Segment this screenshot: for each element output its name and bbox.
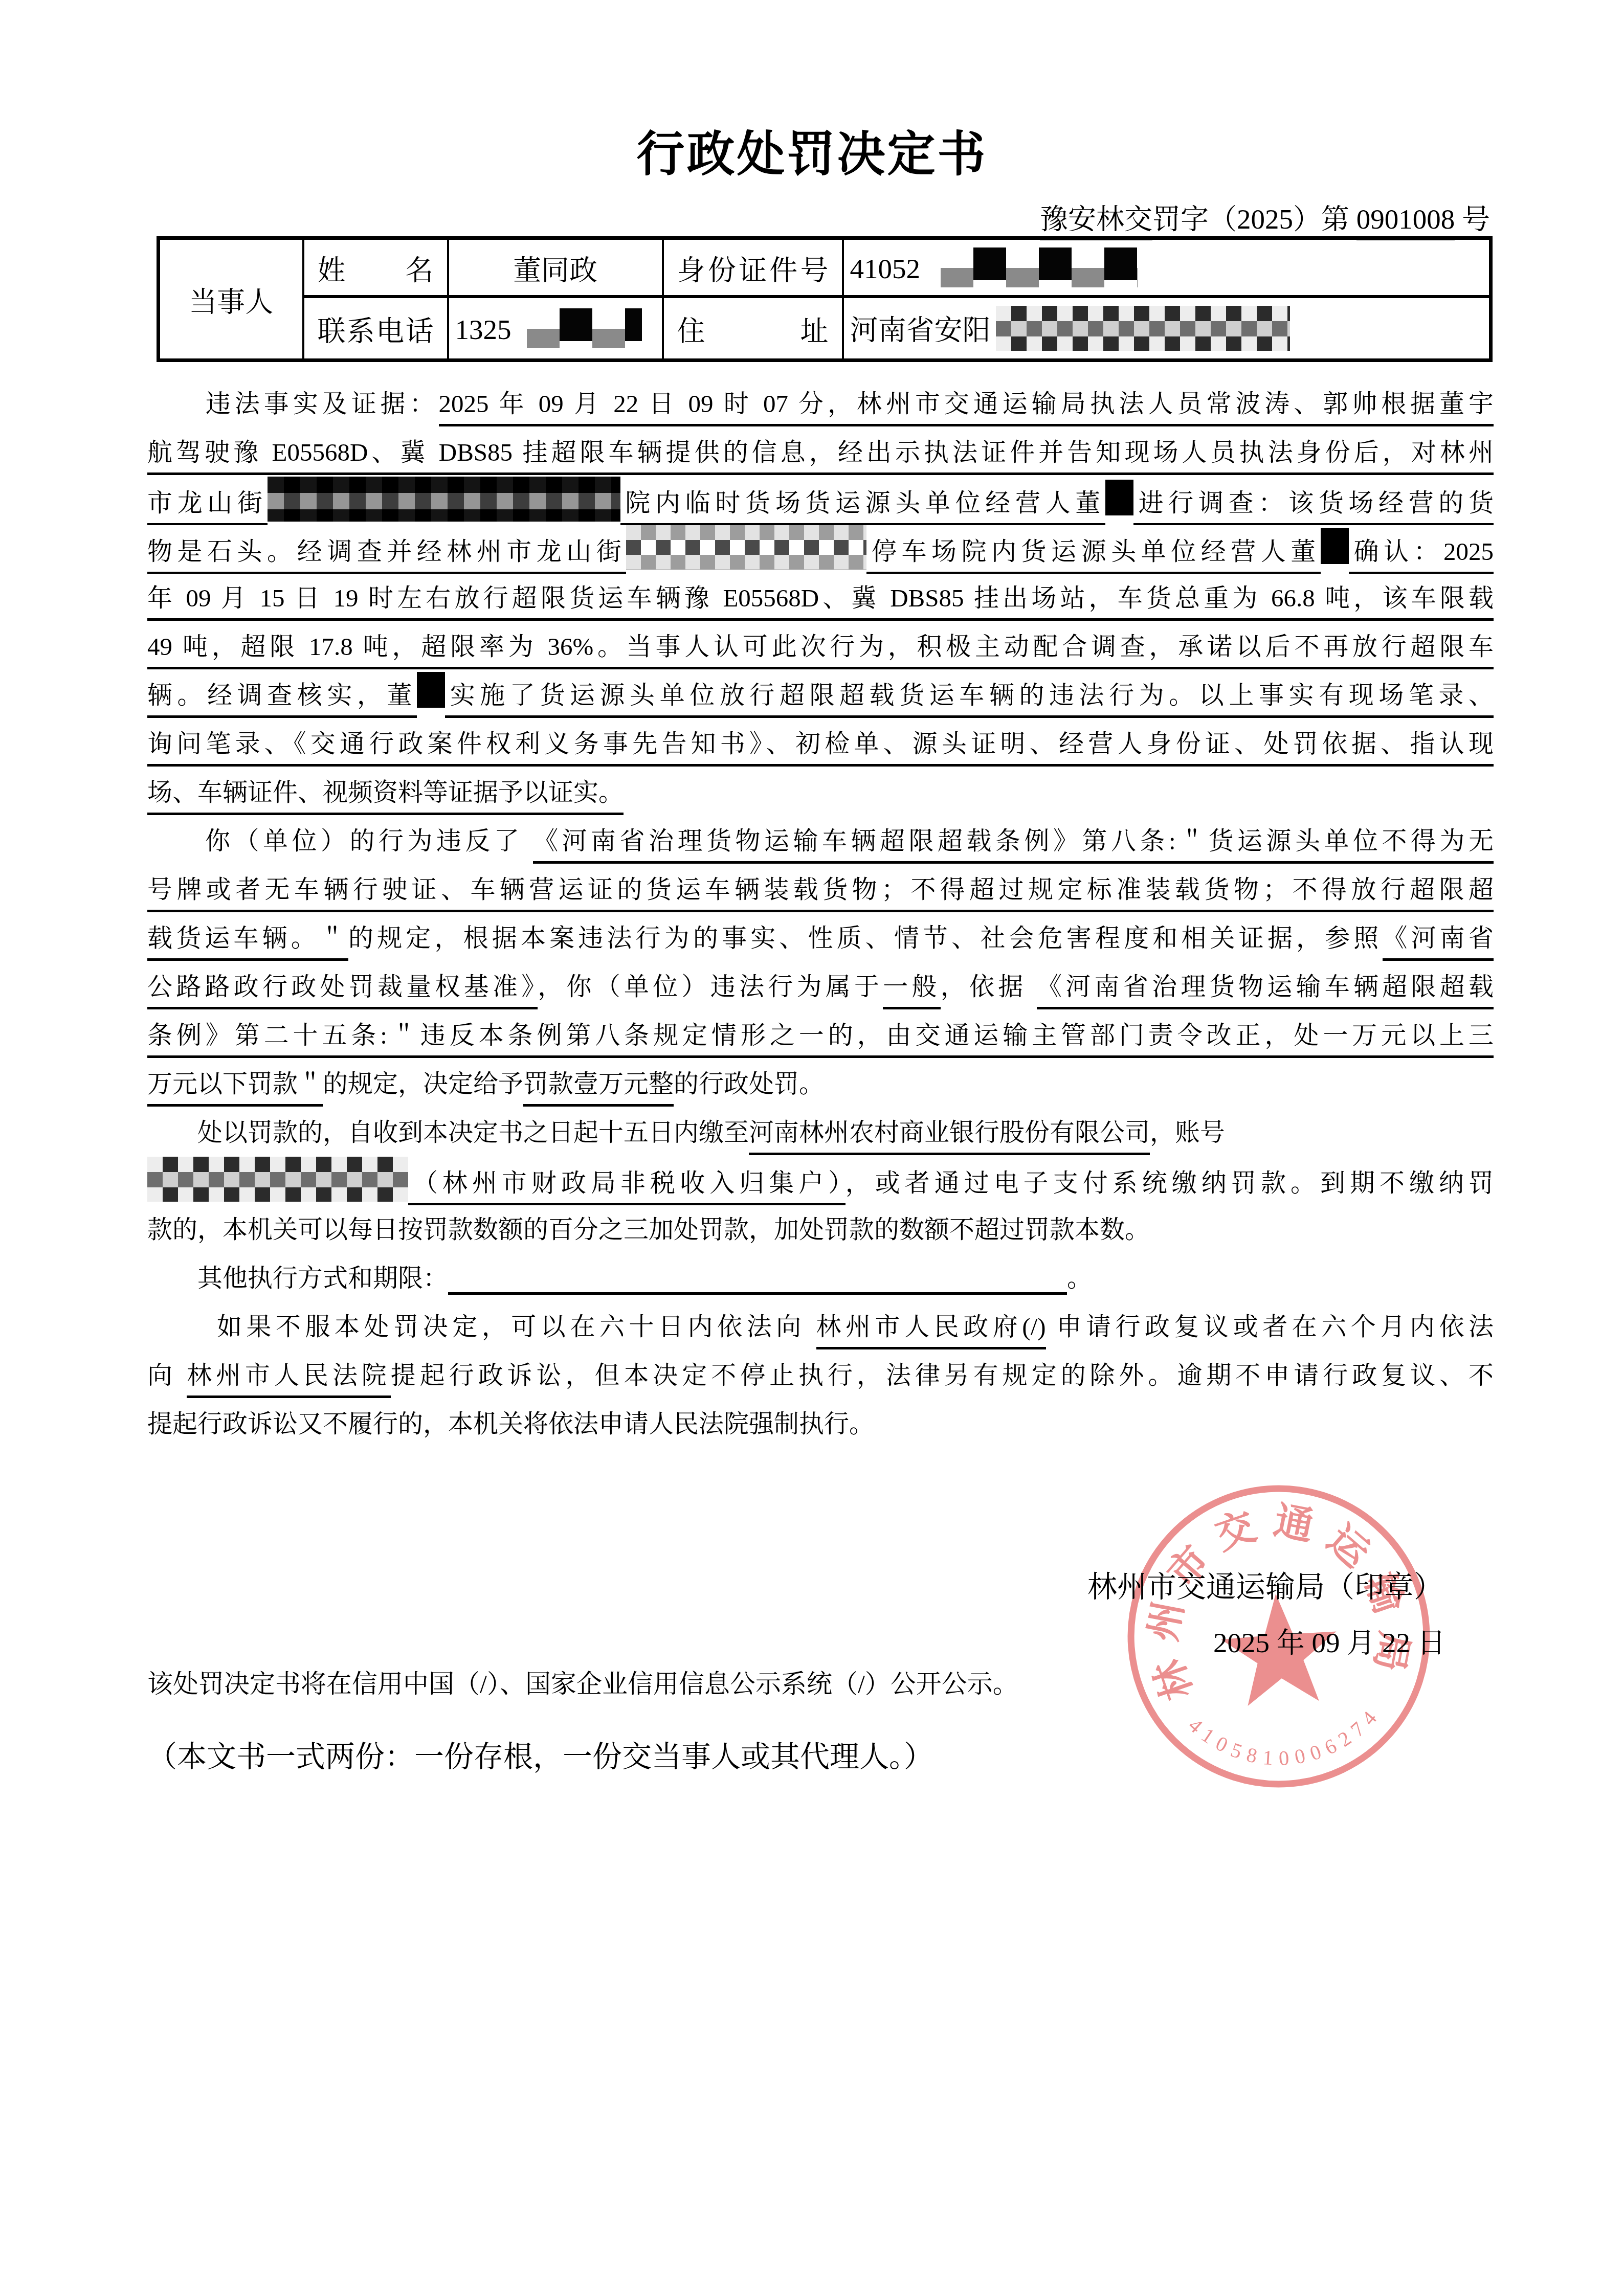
official-seal: 林州市交通运输局 4105810006274 <box>1114 1472 1444 1802</box>
body-text-segment: ，你（单位）违法行为属于 <box>538 973 883 1001</box>
name-value: 董同政 <box>448 238 663 297</box>
redaction-black-box <box>1105 480 1133 515</box>
body-text: 违法事实及证据：2025 年 09 月 22 日 09 时 07 分，林州市交通… <box>147 379 1494 1448</box>
body-text-segment: 的规定，决定给予 <box>323 1070 523 1098</box>
publicity-note: 该处罚决定书将在信用中国（/）、国家企业信用信息公示系统（/）公开公示。 <box>147 1663 1018 1700</box>
phone-redaction-mosaic <box>527 308 642 348</box>
body-line: 向 林州市人民法院提起行政诉讼，但本决定不停止执行，法律另有规定的除外。逾期不申… <box>147 1351 1494 1400</box>
body-line: 市龙山街院内临时货场货运源头单位经营人董进行调查：该货场经营的货 <box>147 477 1494 525</box>
body-text-segment: 确认：2025 <box>1349 537 1494 574</box>
body-line: 场、车辆证件、视频资料等证据予以证实。 <box>147 768 1494 817</box>
body-text-segment: 河南林州农村商业银行股份有限公司 <box>749 1118 1150 1155</box>
body-line: 询问笔录、《交通行政案件权利义务事先告知书》、初检单、源头证明、经营人身份证、处… <box>147 719 1494 768</box>
body-text-segment: ，或者通过电子支付系统缴纳罚款。到期不缴纳罚 <box>846 1169 1494 1197</box>
document-number-region: 豫安林交 <box>1040 204 1152 240</box>
body-text-segment: 号牌或者无车辆行驶证、车辆营运证的货运车辆装载货物；不得超过规定标准装载货物；不… <box>147 875 1494 912</box>
body-text-segment: 年 09 月 15 日 19 时左右放行超限货运车辆豫 E05568D、冀 DB… <box>147 584 1494 621</box>
body-text-segment: 公路路政行政处罚裁量权基准》 <box>147 973 538 1009</box>
phone-label: 联系电话 <box>303 297 448 361</box>
body-line: （林州市财政局非税收入归集户），或者通过电子支付系统缴纳罚款。到期不缴纳罚 <box>147 1157 1494 1205</box>
body-text-segment: 罚款壹万元整 <box>523 1070 674 1107</box>
body-line: 公路路政行政处罚裁量权基准》，你（单位）违法行为属于一般，依据 《河南省治理货物… <box>147 962 1494 1011</box>
phone-value: 1325 <box>448 297 663 361</box>
redaction-mosaic <box>626 525 866 570</box>
body-text-segment: 一般 <box>883 973 941 1009</box>
body-line: 物是石头。经调查并经林州市龙山街停车场院内货运源头单位经营人董确认：2025 <box>147 525 1494 574</box>
body-text-segment: 其他执行方式和期限： <box>147 1264 448 1292</box>
body-text-segment: 询问笔录、《交通行政案件权利义务事先告知书》、初检单、源头证明、经营人身份证、处… <box>147 730 1494 767</box>
address-value: 河南省安阳 <box>843 297 1491 361</box>
body-text-segment: 停车场院内货运源头单位经营人董 <box>866 537 1320 574</box>
redaction-mosaic <box>147 1157 408 1202</box>
party-label: 当事人 <box>159 238 303 361</box>
address-value-prefix: 河南省安阳 <box>850 314 991 346</box>
body-text-segment: ，账号 <box>1150 1118 1225 1146</box>
body-text-segment: 物是石头。经调查并经林州市龙山街 <box>147 537 626 574</box>
body-text-segment: 如果不服本处罚决定，可以在六十日内依法向 <box>147 1313 816 1341</box>
body-text-segment: 申请行政复议或者在六个月内依法 <box>1046 1313 1494 1341</box>
body-line: 违法事实及证据：2025 年 09 月 22 日 09 时 07 分，林州市交通… <box>147 379 1494 428</box>
body-line: 如果不服本处罚决定，可以在六十日内依法向 林州市人民政府(/) 申请行政复议或者… <box>147 1302 1494 1351</box>
body-text-segment: 提起行政诉讼，但本决定不停止执行，法律另有规定的除外。逾期不申请行政复议、不 <box>391 1361 1494 1389</box>
body-text-segment: 处以罚款的，自收到本决定书之日起十五日内缴至 <box>147 1118 749 1146</box>
document-number-serial: 0901008 <box>1356 204 1455 240</box>
body-text-segment: 院内临时货场货运源头单位经营人董 <box>620 489 1105 525</box>
body-line: 其他执行方式和期限：。 <box>147 1254 1494 1302</box>
body-text-segment: 航驾驶豫 E05568D、冀 DBS85 挂超限车辆提供的信息，经出示执法证件并… <box>147 438 1494 475</box>
body-text-segment: 辆。经调查核实，董 <box>147 681 417 718</box>
body-text-segment: 你（单位）的行为违反了 <box>147 827 533 855</box>
address-redaction-mosaic <box>996 306 1290 351</box>
penalty-decision-document: 行政处罚决定书 豫安林交罚字（2025）第 0901008 号 当事人 姓名 董… <box>0 0 1624 2296</box>
body-text-segment: 市龙山街 <box>147 489 268 525</box>
document-number-unit: 号 <box>1455 204 1490 235</box>
body-text-segment: 载货运车辆。＂ <box>147 924 348 961</box>
document-number: 豫安林交罚字（2025）第 0901008 号 <box>1040 196 1490 237</box>
seal-star-icon <box>1218 1590 1341 1707</box>
blank-underline <box>448 1264 1067 1295</box>
body-line: 号牌或者无车辆行驶证、车辆营运证的货运车辆装载货物；不得超过规定标准装载货物；不… <box>147 865 1494 914</box>
body-text-segment: 万元以下罚款＂ <box>147 1070 323 1107</box>
redaction-black-box <box>417 672 445 708</box>
body-line: 载货运车辆。＂的规定，根据本案违法行为的事实、性质、情节、社会危害程度和相关证据… <box>147 914 1494 962</box>
body-line: 处以罚款的，自收到本决定书之日起十五日内缴至河南林州农村商业银行股份有限公司，账… <box>147 1108 1494 1157</box>
body-line: 年 09 月 15 日 19 时左右放行超限货运车辆豫 E05568D、冀 DB… <box>147 574 1494 622</box>
body-text-segment: 的规定，根据本案违法行为的事实、性质、情节、社会危害程度和相关证据，参照 <box>348 924 1382 952</box>
party-info-table: 当事人 姓名 董同政 身份证件号 41052 联系电话 1325 住址 河南省安… <box>157 236 1493 362</box>
body-text-segment: 场、车辆证件、视频资料等证据予以证实。 <box>147 778 624 815</box>
body-text-segment: 《河南省 <box>1383 924 1494 961</box>
document-number-middle: 罚字（2025）第 <box>1152 204 1356 235</box>
redaction-mosaic <box>268 477 620 522</box>
body-line: 你（单位）的行为违反了 《河南省治理货物运输车辆超限超载条例》第八条:＂货运源头… <box>147 817 1494 865</box>
id-value: 41052 <box>843 238 1491 297</box>
body-line: 辆。经调查核实，董实施了货运源头单位放行超限超载货运车辆的违法行为。以上事实有现… <box>147 671 1494 719</box>
phone-value-prefix: 1325 <box>455 314 511 345</box>
body-line: 49 吨，超限 17.8 吨，超限率为 36%。当事人认可此次行为，积极主动配合… <box>147 622 1494 671</box>
body-line: 条例》第二十五条:＂违反本条例第八条规定情形之一的，由交通运输主管部门责令改正，… <box>147 1011 1494 1060</box>
body-text-segment: 。 <box>1067 1264 1092 1292</box>
body-text-segment: 林州市人民政府(/) <box>816 1313 1046 1349</box>
body-text-segment: 条例》第二十五条:＂违反本条例第八条规定情形之一的，由交通运输主管部门责令改正，… <box>147 1021 1494 1058</box>
body-text-segment: 实施了货运源头单位放行超限超载货运车辆的违法行为。以上事实有现场笔录、 <box>445 681 1494 718</box>
copies-note: （本文书一式两份：一份存根，一份交当事人或其代理人。） <box>147 1732 933 1775</box>
body-text-segment: 的行政处罚。 <box>674 1070 824 1098</box>
body-line: 航驾驶豫 E05568D、冀 DBS85 挂超限车辆提供的信息，经出示执法证件并… <box>147 428 1494 477</box>
body-line: 提起行政诉讼又不履行的，本机关将依法申请人民法院强制执行。 <box>147 1400 1494 1448</box>
body-line: 款的，本机关可以每日按罚款数额的百分之三加处罚款，加处罚款的数额不超过罚款本数。 <box>147 1205 1494 1254</box>
body-text-segment: 《河南省治理货物运输车辆超限超载 <box>1037 973 1494 1009</box>
body-text-segment: （林州市财政局非税收入归集户） <box>408 1169 846 1205</box>
body-text-segment: 进行调查：该货场经营的货 <box>1133 489 1494 525</box>
body-text-segment: 违法事实及证据： <box>147 390 439 418</box>
id-redaction-mosaic <box>941 247 1138 287</box>
body-text-segment: 《河南省治理货物运输车辆超限超载条例》第八条:＂货运源头单位不得为无 <box>533 827 1494 864</box>
body-text-segment: 林州市人民法院 <box>187 1361 391 1398</box>
body-text-segment: 向 <box>147 1361 187 1389</box>
body-text-segment: ，依据 <box>941 973 1037 1001</box>
redaction-black-box <box>1321 528 1349 564</box>
id-label: 身份证件号 <box>663 238 843 297</box>
body-text-segment: 49 吨，超限 17.8 吨，超限率为 36%。当事人认可此次行为，积极主动配合… <box>147 633 1494 669</box>
body-text-segment: 2025 年 09 月 22 日 09 时 07 分，林州市交通运输局执法人员常… <box>439 390 1494 426</box>
id-value-prefix: 41052 <box>850 253 921 284</box>
name-label: 姓名 <box>303 238 448 297</box>
body-text-segment: 款的，本机关可以每日按罚款数额的百分之三加处罚款，加处罚款的数额不超过罚款本数。 <box>147 1215 1150 1244</box>
address-label: 住址 <box>663 297 843 361</box>
page-title: 行政处罚决定书 <box>0 116 1624 185</box>
body-text-segment: 提起行政诉讼又不履行的，本机关将依法申请人民法院强制执行。 <box>147 1410 874 1438</box>
body-line: 万元以下罚款＂的规定，决定给予罚款壹万元整的行政处罚。 <box>147 1060 1494 1108</box>
